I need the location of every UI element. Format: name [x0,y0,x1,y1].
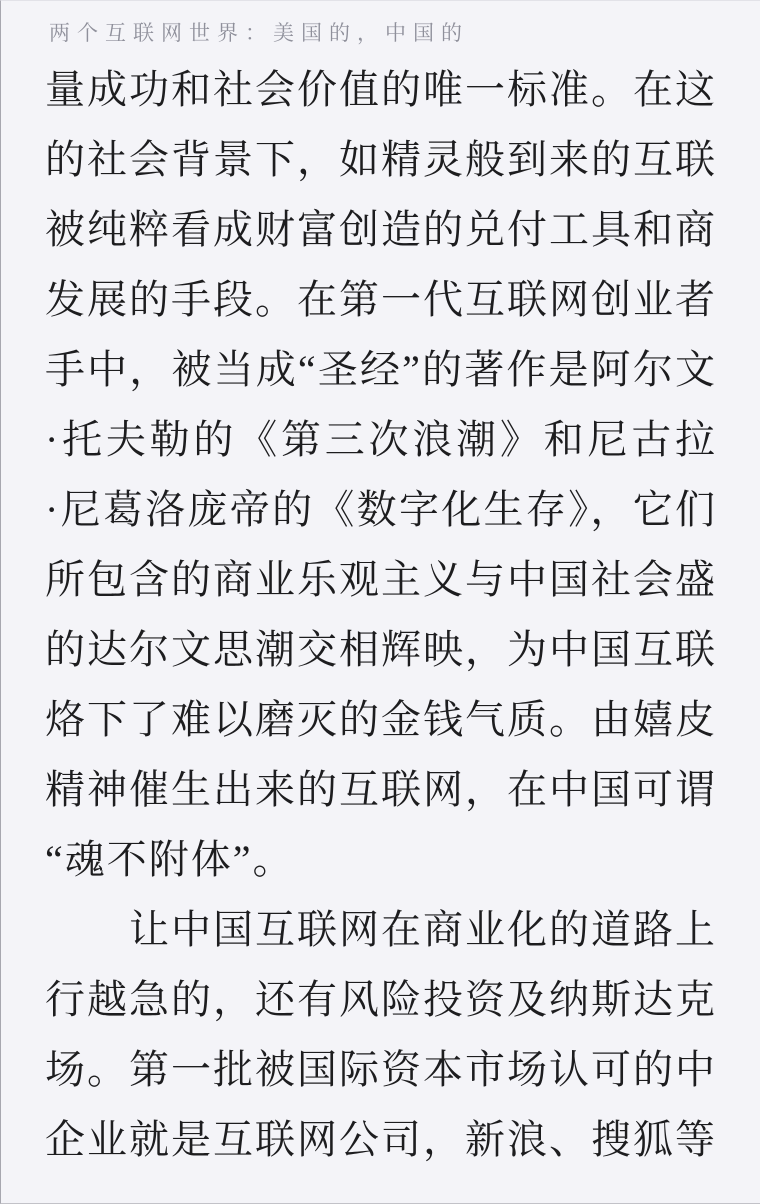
text-line: ·托夫勒的《第三次浪潮》和尼古拉斯 [45,405,717,475]
text-line: 被纯粹看成财富创造的兑付工具和商业 [45,195,717,265]
text-line: ·尼葛洛庞帝的《数字化生存》，它们 [45,475,717,545]
text-line: 行越急的，还有风险投资及纳斯达克市 [45,965,717,1035]
text-line: 手中，被当成“圣经”的著作是阿尔文 [45,335,717,405]
text-line: “魂不附体”。 [45,825,717,895]
text-line: 场。第一批被国际资本市场认可的中国 [45,1035,717,1105]
text-line: 精神催生出来的互联网，在中国可谓 [45,755,717,825]
text-line: 的达尔文思潮交相辉映，为中国互联网 [45,615,717,685]
text-line: 企业就是互联网公司，新浪、搜狐等企 [45,1105,717,1175]
text-line: 量成功和社会价值的唯一标准。在这样 [45,55,717,125]
text-line: 的社会背景下，如精灵般到来的互联网 [45,125,717,195]
page-body-text: 量成功和社会价值的唯一标准。在这样 的社会背景下，如精灵般到来的互联网 被纯粹看… [45,55,717,1175]
chapter-running-header: 两个互联网世界：美国的，中国的 [45,17,716,49]
reader-page[interactable]: 两个互联网世界：美国的，中国的 量成功和社会价值的唯一标准。在这样 的社会背景下… [1,1,760,1203]
text-line: 发展的手段。在第一代互联网创业者的 [45,265,717,335]
text-line: 所包含的商业乐观主义与中国社会盛行 [45,545,717,615]
text-line: 让中国互联网在商业化的道路上越 [45,895,717,965]
text-line: 烙下了难以磨灭的金钱气质。由嬉皮士 [45,685,717,755]
